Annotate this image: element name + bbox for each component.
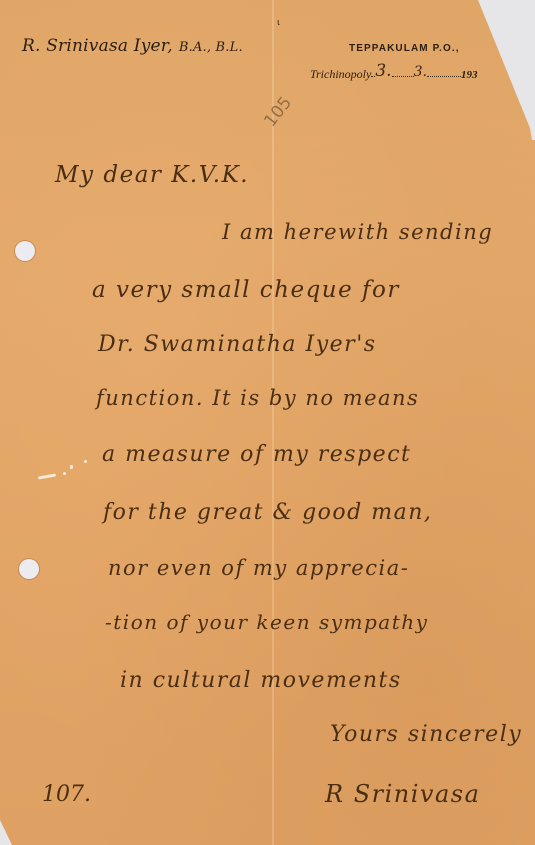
body-line-6: for the great & good man,: [103, 500, 432, 525]
date-month: 3.: [414, 64, 427, 80]
body-line-3: Dr. Swaminatha Iyer's: [98, 332, 377, 357]
body-line-1: I am herewith sending: [222, 220, 493, 244]
archive-number-bottom: 107.: [42, 782, 91, 807]
punch-hole-lower: [19, 559, 39, 579]
body-line-8: -tion of your keen sympathy: [105, 610, 428, 634]
sender-degrees: B.A., B.L.: [179, 40, 243, 55]
top-tick-mark: ɩ: [277, 18, 280, 28]
letterhead-date-line: Trichinopoly 3. 3. 193: [310, 63, 477, 83]
salutation: My dear K.V.K.: [55, 162, 249, 188]
letterhead-post-office: TEPPAKULAM P.O.,: [349, 43, 460, 54]
closing: Yours sincerely: [330, 722, 522, 747]
paper-sheet: [0, 0, 535, 845]
date-year: 193: [461, 69, 478, 81]
date-day: 3.: [375, 61, 391, 81]
body-line-2: a very small cheque for: [92, 277, 400, 303]
place-name: Trichinopoly: [310, 67, 371, 82]
body-line-4: function. It is by no means: [96, 386, 419, 410]
paper-speck: [70, 465, 73, 469]
sender-name: R. Srinivasa Iyer,: [22, 36, 173, 56]
signature: R Srinivasa: [325, 780, 480, 808]
dotted-rule: [427, 76, 461, 77]
scanned-letter-page: ɩ R. Srinivasa Iyer,B.A., B.L. TEPPAKULA…: [0, 0, 535, 845]
body-line-9: in cultural movements: [120, 668, 402, 693]
dotted-rule: [392, 76, 414, 77]
paper-speck: [84, 460, 87, 463]
letterhead-name: R. Srinivasa Iyer,B.A., B.L.: [22, 36, 243, 56]
body-line-5: a measure of my respect: [102, 442, 411, 467]
body-line-7: nor even of my apprecia-: [108, 556, 409, 580]
punch-hole-upper: [15, 241, 35, 261]
paper-speck: [63, 472, 66, 475]
